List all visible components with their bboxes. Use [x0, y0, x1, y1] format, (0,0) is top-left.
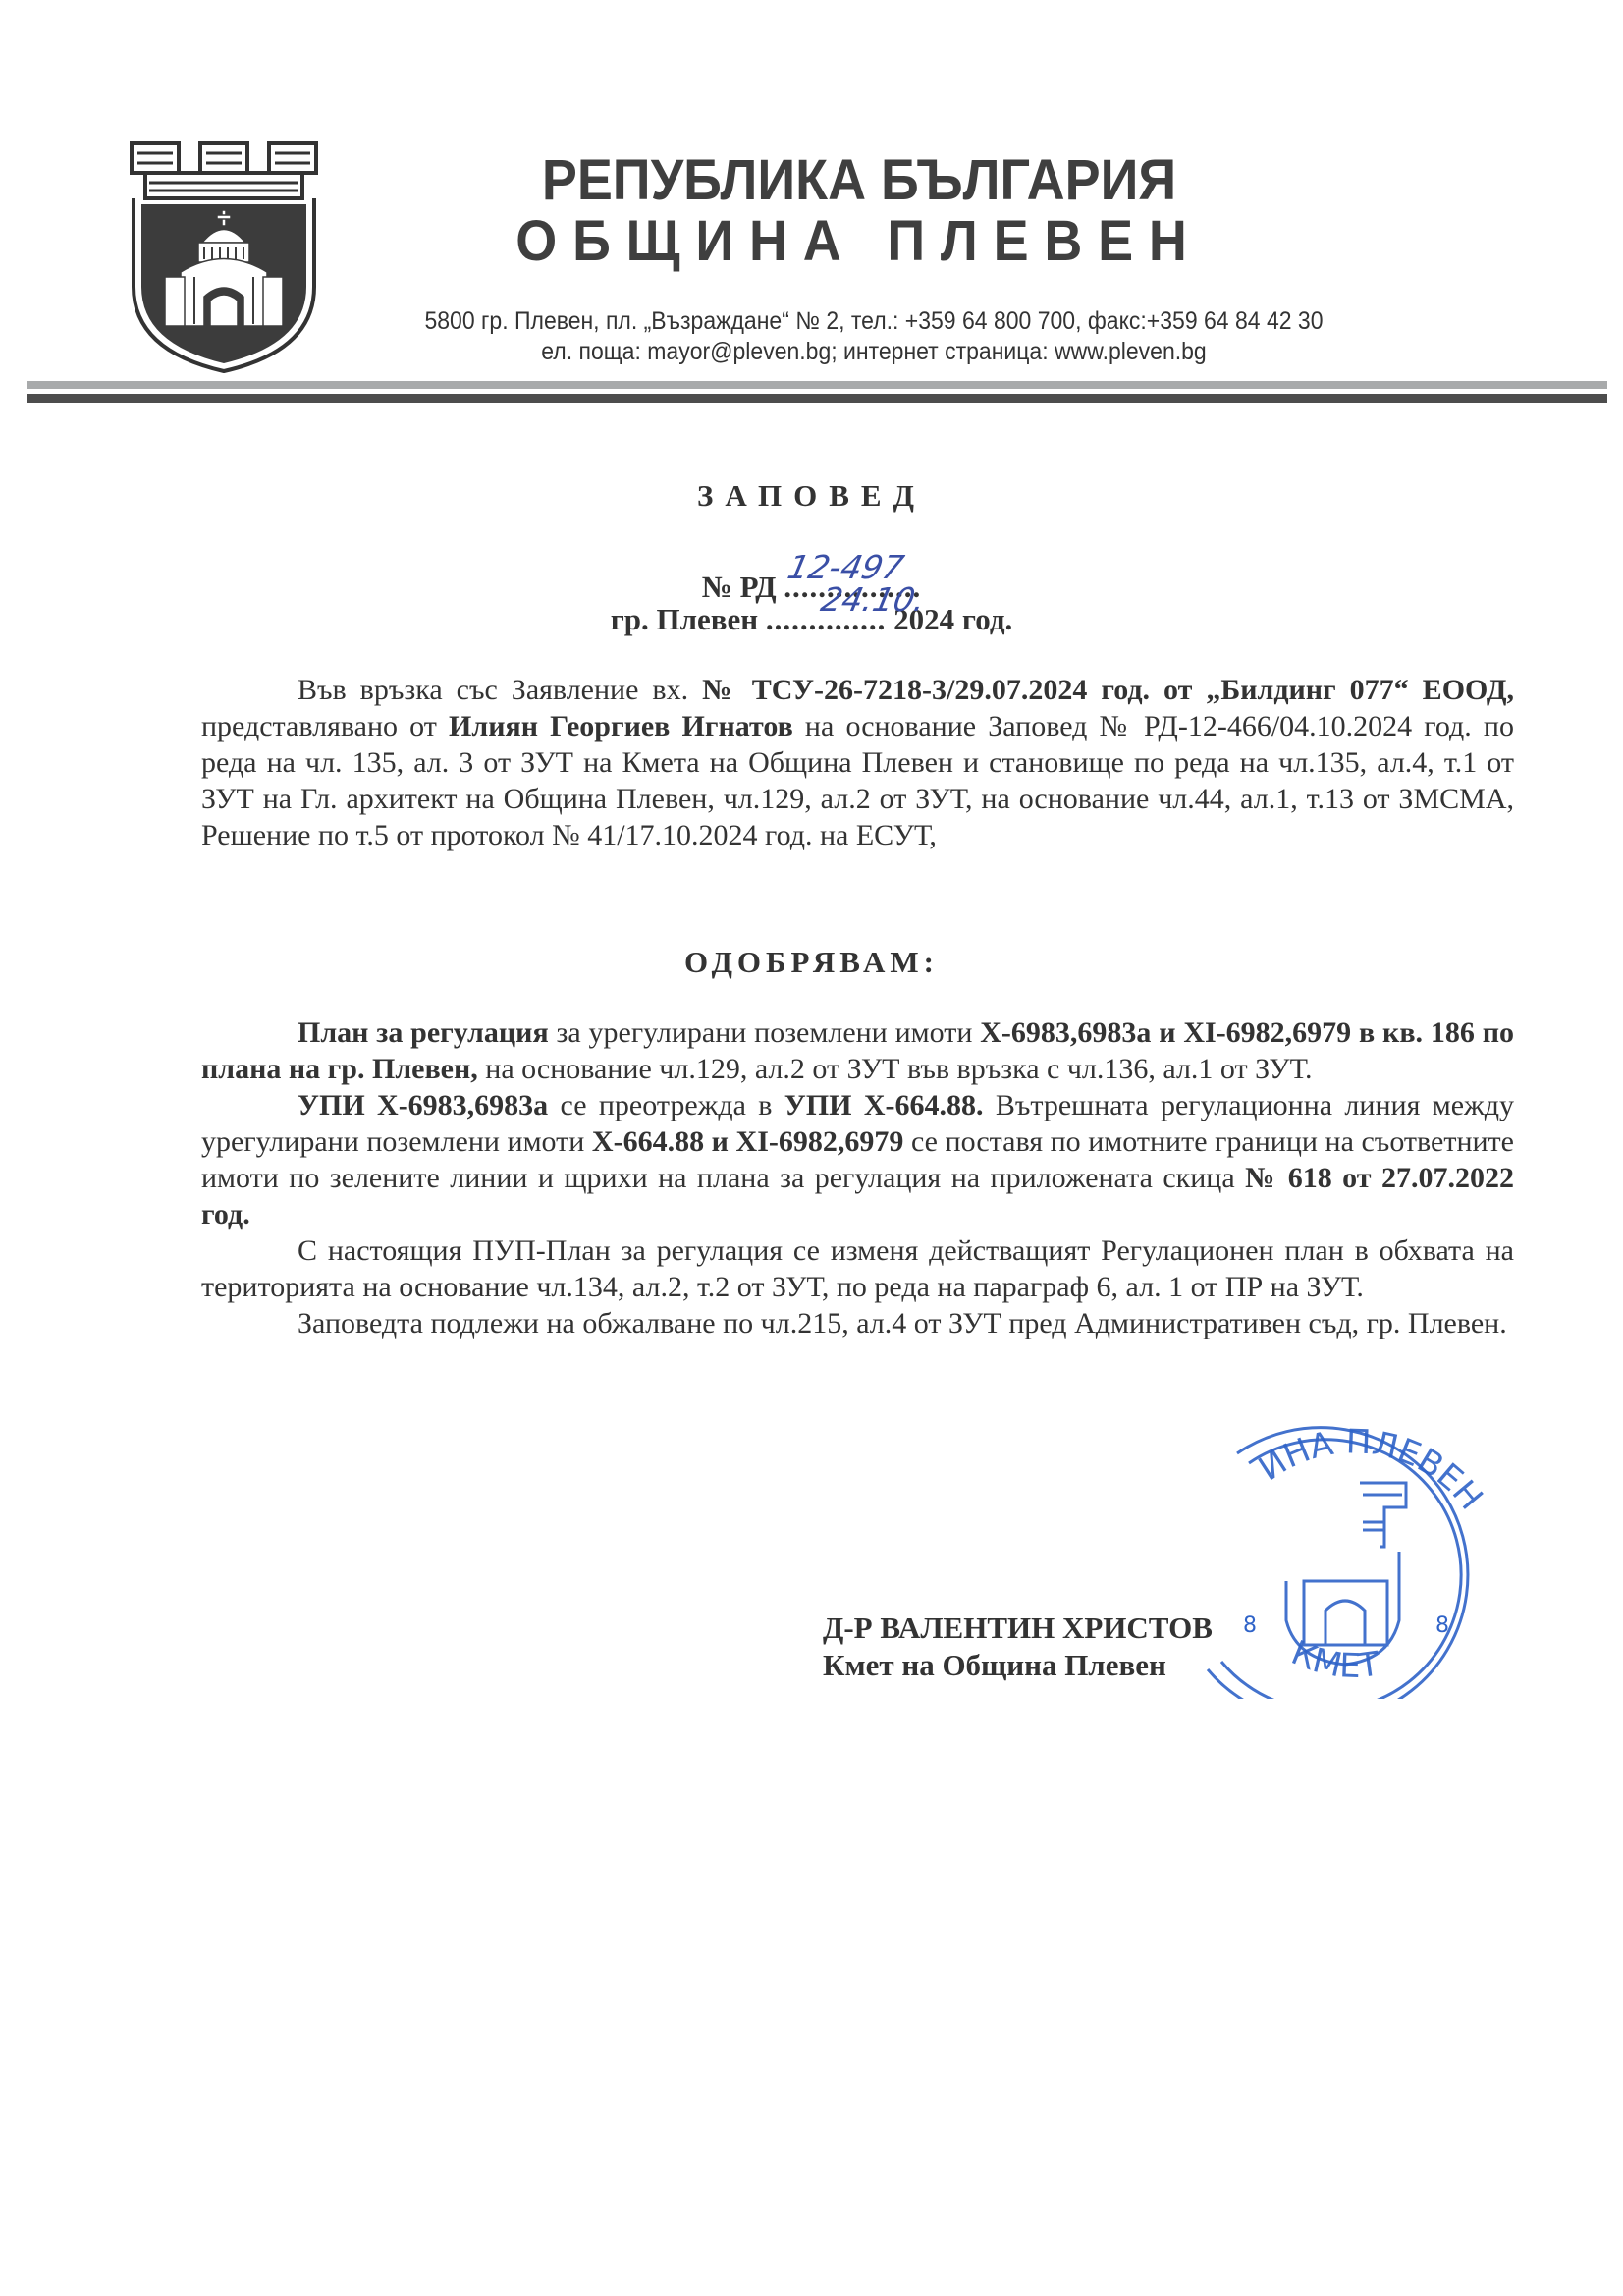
emphasized-text: № ТСУ-26-7218-3/29.07.2024 год. от „Билд… — [702, 674, 1514, 706]
order-place: гр. Плевен — [611, 602, 758, 636]
text-run: за урегулирани поземлени имоти — [549, 1016, 981, 1049]
municipal-seal-icon: ИНА ПЛЕВЕН КМЕТ 8 8 — [1178, 1414, 1502, 1699]
stamp-mark-left: 8 — [1243, 1613, 1257, 1638]
svg-text:КМЕТ: КМЕТ — [1285, 1633, 1381, 1686]
letterhead-contact: ел. поща: mayor@pleven.bg; интернет стра… — [341, 338, 1407, 366]
letterhead-rule-dark — [27, 394, 1607, 403]
document-title: ЗАПОВЕД — [0, 478, 1623, 514]
emphasized-text: УПИ Х-664.88. — [784, 1089, 984, 1121]
pleven-coat-of-arms-icon — [126, 139, 322, 375]
signatory-name: Д-Р ВАЛЕНТИН ХРИСТОВ — [823, 1611, 1213, 1646]
letterhead-rule-light — [27, 381, 1607, 389]
emphasized-text: УПИ Х-6983,6983а — [298, 1089, 548, 1121]
text-run: С настоящия ПУП-План за регулация се изм… — [201, 1234, 1514, 1303]
letterhead-country: РЕПУБЛИКА БЪЛГАРИЯ — [499, 147, 1220, 213]
preamble: Във връзка със Заявление вх. № ТСУ-26-72… — [201, 672, 1514, 853]
emphasized-text: Х-664.88 и ХІ-6982,6979 — [592, 1125, 903, 1158]
approve-heading: ОДОБРЯВАМ: — [0, 945, 1623, 980]
operative-paragraphs: План за регулация за урегулирани поземле… — [201, 1014, 1514, 1341]
text-run: Във връзка със Заявление вх. — [298, 674, 702, 706]
stamp-mark-right: 8 — [1435, 1613, 1449, 1638]
stamp-top-text: ИНА ПЛЕВЕН — [1252, 1422, 1490, 1517]
svg-text:ИНА ПЛЕВЕН: ИНА ПЛЕВЕН — [1252, 1422, 1490, 1517]
order-date-handwritten: 24.10. — [818, 580, 929, 619]
paragraph-appeal: Заповедта подлежи на обжалване по чл.215… — [201, 1305, 1514, 1341]
paragraph-reassignment: УПИ Х-6983,6983а се преотрежда в УПИ Х-6… — [201, 1087, 1514, 1232]
text-run: представлявано от — [201, 710, 449, 742]
emphasized-text: План за регулация — [298, 1016, 549, 1049]
text-run: Заповедта подлежи на обжалване по чл.215… — [298, 1307, 1507, 1339]
letterhead-address: 5800 гр. Плевен, пл. „Възраждане“ № 2, т… — [341, 307, 1407, 336]
preamble-paragraph: Във връзка със Заявление вх. № ТСУ-26-72… — [201, 672, 1514, 853]
letterhead-municipality: ОБЩИНА ПЛЕВЕН — [499, 208, 1220, 274]
paragraph-amendment: С настоящия ПУП-План за регулация се изм… — [201, 1232, 1514, 1305]
order-number-line: № РД ................ 12-497 — [0, 570, 1623, 605]
text-run: се преотрежда в — [548, 1089, 784, 1121]
emphasized-text: Илиян Георгиев Игнатов — [449, 710, 793, 742]
paragraph-plan: План за регулация за урегулирани поземле… — [201, 1014, 1514, 1087]
text-run: на основание чл.129, ал.2 от ЗУТ във връ… — [478, 1053, 1313, 1085]
stamp-bottom-text: КМЕТ — [1285, 1633, 1381, 1686]
order-number-prefix: № РД — [702, 570, 777, 604]
signatory-role: Кмет на Община Плевен — [823, 1648, 1166, 1683]
order-place-date-line: гр. Плевен .............. 2024 год. 24.1… — [0, 602, 1623, 637]
